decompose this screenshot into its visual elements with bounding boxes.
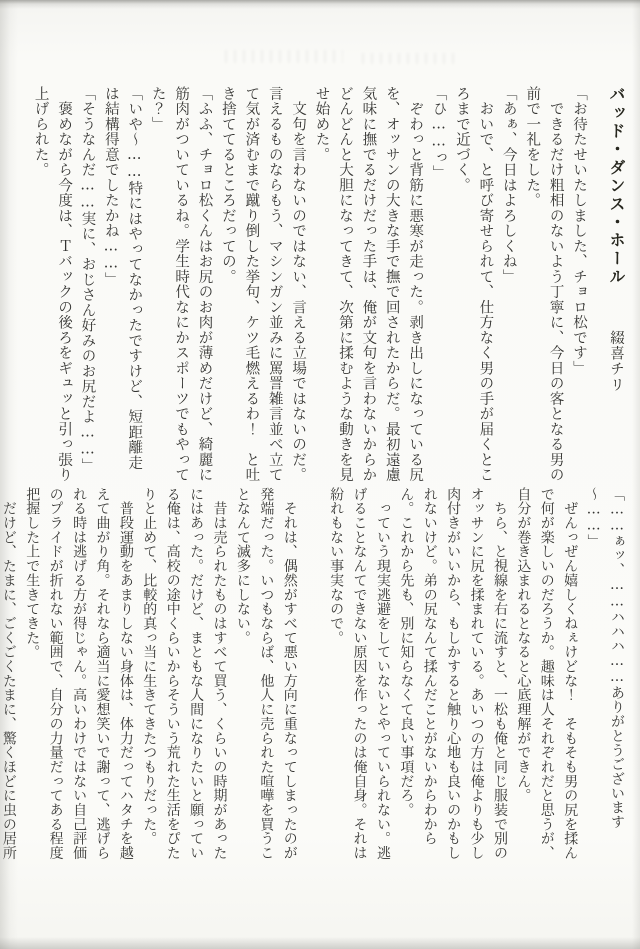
paragraph: ちら、と視線を右に流すと、一松も俺と同じ服装で別のオッサンに尻を揉まれている。あ… [394, 487, 511, 861]
paragraph: だけど、たまに、ごくごくたまに、驚くほどに虫の居所 [0, 487, 20, 861]
paragraph: おいで、と呼び寄せられて、仕方なく男の手が届くところまで近づく。 [450, 86, 497, 484]
title-column: バッド・ダンス・ホール 綴喜チリ [604, 86, 628, 484]
paragraph: ぞわっと背筋に悪寒が走った。剥き出しになっている尻を、オッサンの大きな手で撫で回… [309, 86, 426, 484]
paragraph: 「そうなんだ……実に、おじさん好みのお尻だよ……」 [75, 86, 98, 484]
paragraph: ぜんっぜん嬉しくねぇけどな！ そもそも男の尻を揉んで何が楽しいのだろうか。趣味は… [511, 487, 581, 861]
page-edge-shadow-top [0, 0, 640, 9]
paragraph: 「あぁ、今日はよろしくね」 [496, 86, 519, 484]
paragraph: 褒めながら今度は、Ｔバックの後ろをギュッと引っ張り上げられた。 [28, 86, 75, 484]
paragraph: 「……ぁッ、……ハハハ……ありがとうございます～……」 [581, 487, 628, 861]
paragraph: 「ひ……っ」 [426, 86, 449, 484]
paragraph-scene-break: それは、偶然がすべて悪い方向に重なってしまったのが発端だった。いつもならば、他人… [231, 487, 301, 861]
paragraph: 昔は売られたものはすべて買う、くらいの時期があったにはあった。だけど、まともな人… [137, 487, 231, 861]
page-edge-shadow-bottom [0, 937, 640, 949]
paragraph: 文句を言わないのではない、言える立場ではないのだ。言えるものならもう、マシンガン… [216, 86, 310, 484]
scanned-novel-page: バッド・ダンス・ホール 綴喜チリ 「お待たせいたしました、チョロ松です」 できる… [0, 0, 640, 949]
page-edge-shadow-right [632, 0, 640, 949]
paragraph: っていう現実逃避をしていないとやっていられない。逃げることなんてできない原因を作… [324, 487, 394, 861]
ink-showthrough-smudge [362, 53, 458, 64]
paragraph: 普段運動をあまりしない身体は、体力だってハタチを越えて曲がり角。それなら適当に愛… [20, 487, 137, 861]
paragraph: できるだけ粗相のないよう丁寧に、今日の客となる男の前で一礼をした。 [520, 86, 567, 484]
paragraph: 「ふふ、チョロ松くんはお尻のお肉が薄めだけど、綺麗に筋肉がついているね。学生時代… [145, 86, 215, 484]
paragraph: 「いや～……特にはやってなかったですけど、短距離走は結構得意でしたかね……」 [98, 86, 145, 484]
text-section-bottom: 「……ぁッ、……ハハハ……ありがとうございます～……」 ぜんっぜん嬉しくねぇけど… [24, 487, 628, 861]
story-title: バッド・ダンス・ホール [607, 86, 626, 286]
story-author: 綴喜チリ [608, 330, 624, 393]
text-section-top: バッド・ダンス・ホール 綴喜チリ 「お待たせいたしました、チョロ松です」 できる… [24, 86, 628, 484]
ink-showthrough-smudge [225, 50, 343, 63]
paragraph: 「お待たせいたしました、チョロ松です」 [567, 86, 590, 484]
